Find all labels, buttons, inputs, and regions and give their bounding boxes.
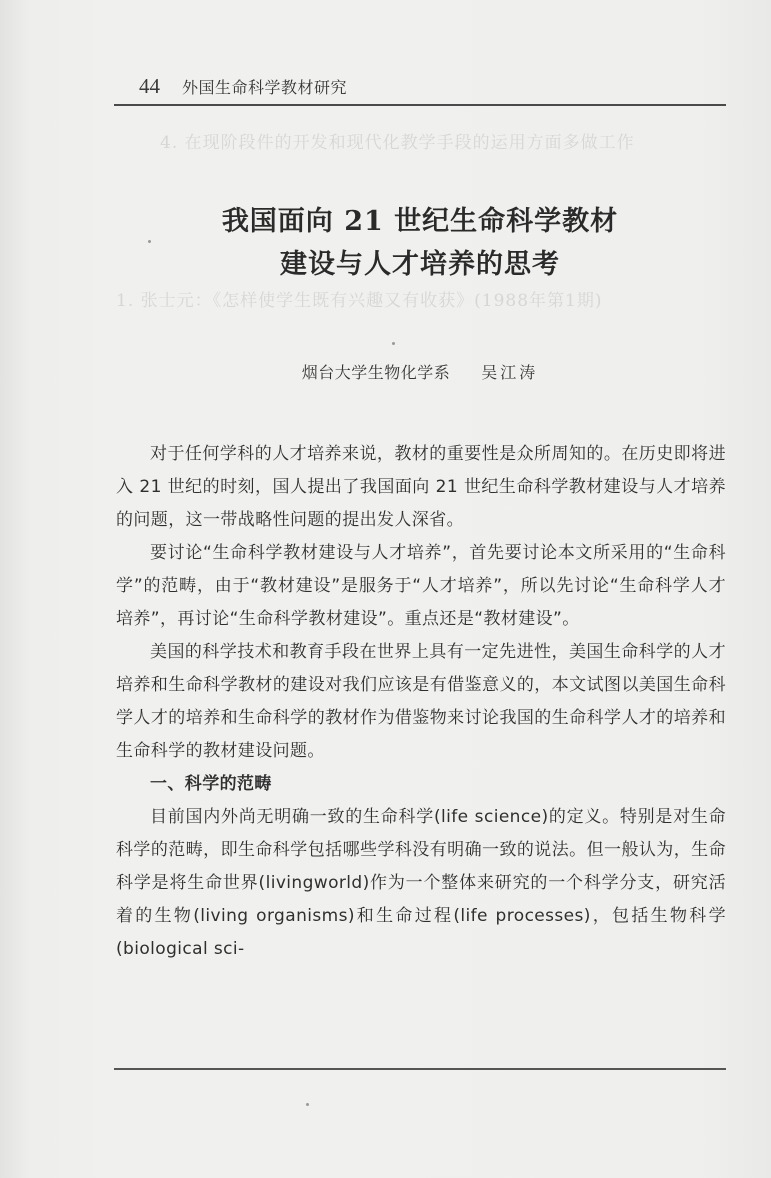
body-paragraph: 要讨论“生命科学教材建设与人才培养”，首先要讨论本文所采用的“生命科学”的范畴，… — [116, 537, 726, 636]
running-header: 44 外国生命科学教材研究 — [139, 74, 347, 102]
bleed-through-text: 1. 张士元：《怎样使学生既有兴趣又有收获》(1988年第1期) — [116, 286, 602, 311]
section-heading: 一、科学的范畴 — [116, 768, 726, 801]
article-body: 对于任何学科的人才培养来说，教材的重要性是众所周知的。在历史即将进入 21 世纪… — [116, 438, 726, 966]
scan-speck — [392, 342, 395, 345]
scanned-page: 4. 在现阶段件的开发和现代化教学手段的运用方面多做工作 1. 张士元：《怎样使… — [0, 0, 771, 1178]
author-name: 吴江涛 — [481, 363, 538, 382]
body-paragraph: 对于任何学科的人才培养来说，教材的重要性是众所周知的。在历史即将进入 21 世纪… — [116, 438, 726, 537]
scan-speck — [148, 240, 151, 243]
page-number: 44 — [139, 74, 160, 99]
title-line-1: 我国面向 21 世纪生命科学教材 — [114, 200, 726, 243]
byline: 烟台大学生物化学系 吴江涛 — [114, 360, 726, 383]
title-line-2: 建设与人才培养的思考 — [114, 243, 726, 286]
section-paragraph: 目前国内外尚无明确一致的生命科学(life science)的定义。特别是对生命… — [116, 801, 726, 966]
bleed-through-text: 4. 在现阶段件的开发和现代化教学手段的运用方面多做工作 — [160, 128, 635, 153]
article-title: 我国面向 21 世纪生命科学教材 建设与人才培养的思考 — [114, 200, 726, 286]
author-affiliation: 烟台大学生物化学系 — [302, 363, 451, 382]
header-rule — [114, 104, 726, 106]
running-title: 外国生命科学教材研究 — [182, 75, 347, 98]
scan-speck — [306, 1103, 309, 1106]
body-paragraph: 美国的科学技术和教育手段在世界上具有一定先进性，美国生命科学的人才培养和生命科学… — [116, 636, 726, 768]
footer-rule — [114, 1068, 726, 1070]
